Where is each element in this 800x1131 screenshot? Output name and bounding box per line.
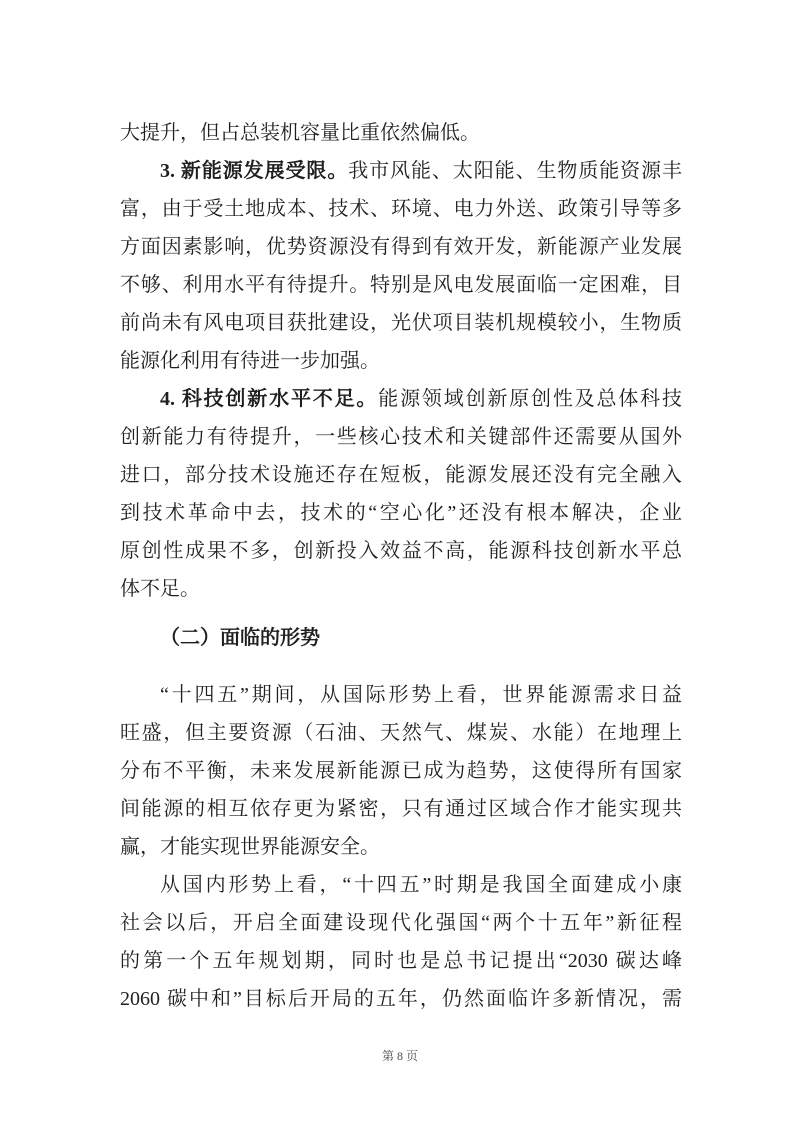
body-line: 不够、利用水平有待提升。特别是风电发展面临一定困难，目 — [120, 266, 682, 304]
section-heading: （二）面临的形势 — [120, 619, 682, 657]
text-segment: 体不足。 — [120, 578, 200, 600]
body-line: 分布不平衡，未来发展新能源已成为趋势，这使得所有国家 — [120, 752, 682, 790]
body-line: 社会以后，开启全面建设现代化强国“两个十五年”新征程 — [120, 904, 682, 942]
body-line: 间能源的相互依存更为紧密，只有通过区域合作才能实现共 — [120, 790, 682, 828]
text-segment: 能源化利用有待进一步加强。 — [120, 350, 380, 372]
body-line: 大提升，但占总装机容量比重依然偏低。 — [120, 114, 682, 152]
body-line: 方面因素影响，优势资源没有得到有效开发，新能源产业发展 — [120, 228, 682, 266]
text-segment: （二）面临的形势 — [160, 627, 320, 649]
body-line: 前尚未有风电项目获批建设，光伏项目装机规模较小，生物质 — [120, 304, 682, 342]
body-line: 的第一个五年规划期，同时也是总书记提出“2030 碳达峰 — [120, 942, 682, 980]
text-segment: 旺盛，但主要资源（石油、天然气、煤炭、水能）在地理上 — [120, 722, 682, 744]
text-segment: 能源领域创新原创性及总体科技 — [378, 388, 682, 410]
body-line: 体不足。 — [120, 570, 682, 608]
text-segment: 进口，部分技术设施还存在短板，能源发展还没有完全融入 — [120, 464, 682, 486]
text-segment: 前尚未有风电项目获批建设，光伏项目装机规模较小，生物质 — [120, 312, 682, 334]
text-segment: 大提升，但占总装机容量比重依然偏低。 — [120, 122, 480, 144]
text-segment: 我市风能、太阳能、生物质能资源丰 — [348, 160, 682, 182]
body-line: 创新能力有待提升，一些核心技术和关键部件还需要从国外 — [120, 418, 682, 456]
body-line: 旺盛，但主要资源（石油、天然气、煤炭、水能）在地理上 — [120, 714, 682, 752]
text-segment: 间能源的相互依存更为紧密，只有通过区域合作才能实现共 — [120, 798, 682, 820]
page-footer: 第 8 页 — [0, 1046, 800, 1066]
text-segment: 分布不平衡，未来发展新能源已成为趋势，这使得所有国家 — [120, 760, 682, 782]
text-segment: 不够、利用水平有待提升。特别是风电发展面临一定困难，目 — [120, 274, 682, 296]
body-line: 从国内形势上看，“十四五”时期是我国全面建成小康 — [120, 866, 682, 904]
body-line: 到技术革命中去，技术的“空心化”还没有根本解决，企业 — [120, 494, 682, 532]
text-segment: 原创性成果不多，创新投入效益不高，能源科技创新水平总 — [120, 540, 682, 562]
text-segment: 2060 碳中和”目标后开局的五年，仍然面临许多新情况，需 — [120, 988, 682, 1010]
document-page: 大提升，但占总装机容量比重依然偏低。3. 新能源发展受限。我市风能、太阳能、生物… — [0, 0, 800, 1131]
text-segment: 3. 新能源发展受限。 — [160, 160, 348, 182]
body-line: 原创性成果不多，创新投入效益不高，能源科技创新水平总 — [120, 532, 682, 570]
body-line: 能源化利用有待进一步加强。 — [120, 342, 682, 380]
body-line: 4. 科技创新水平不足。能源领域创新原创性及总体科技 — [120, 380, 682, 418]
text-segment: “十四五”期间，从国际形势上看，世界能源需求日益 — [160, 684, 682, 706]
body-line: “十四五”期间，从国际形势上看，世界能源需求日益 — [120, 676, 682, 714]
body-line: 富，由于受土地成本、技术、环境、电力外送、政策引导等多 — [120, 190, 682, 228]
document-body: 大提升，但占总装机容量比重依然偏低。3. 新能源发展受限。我市风能、太阳能、生物… — [120, 114, 682, 1018]
text-segment: 赢，才能实现世界能源安全。 — [120, 836, 380, 858]
text-segment: 方面因素影响，优势资源没有得到有效开发，新能源产业发展 — [120, 236, 682, 258]
text-segment: 创新能力有待提升，一些核心技术和关键部件还需要从国外 — [120, 426, 682, 448]
text-segment: 的第一个五年规划期，同时也是总书记提出“2030 碳达峰 — [120, 950, 682, 972]
body-line: 3. 新能源发展受限。我市风能、太阳能、生物质能资源丰 — [120, 152, 682, 190]
body-line: 2060 碳中和”目标后开局的五年，仍然面临许多新情况，需 — [120, 980, 682, 1018]
text-segment: 富，由于受土地成本、技术、环境、电力外送、政策引导等多 — [120, 198, 682, 220]
page-number: 第 8 页 — [382, 1049, 418, 1063]
body-line: 赢，才能实现世界能源安全。 — [120, 828, 682, 866]
text-segment: 4. 科技创新水平不足。 — [160, 388, 378, 410]
text-segment: 到技术革命中去，技术的“空心化”还没有根本解决，企业 — [120, 502, 682, 524]
text-segment: 从国内形势上看，“十四五”时期是我国全面建成小康 — [160, 874, 682, 896]
body-line: 进口，部分技术设施还存在短板，能源发展还没有完全融入 — [120, 456, 682, 494]
text-segment: 社会以后，开启全面建设现代化强国“两个十五年”新征程 — [120, 912, 682, 934]
